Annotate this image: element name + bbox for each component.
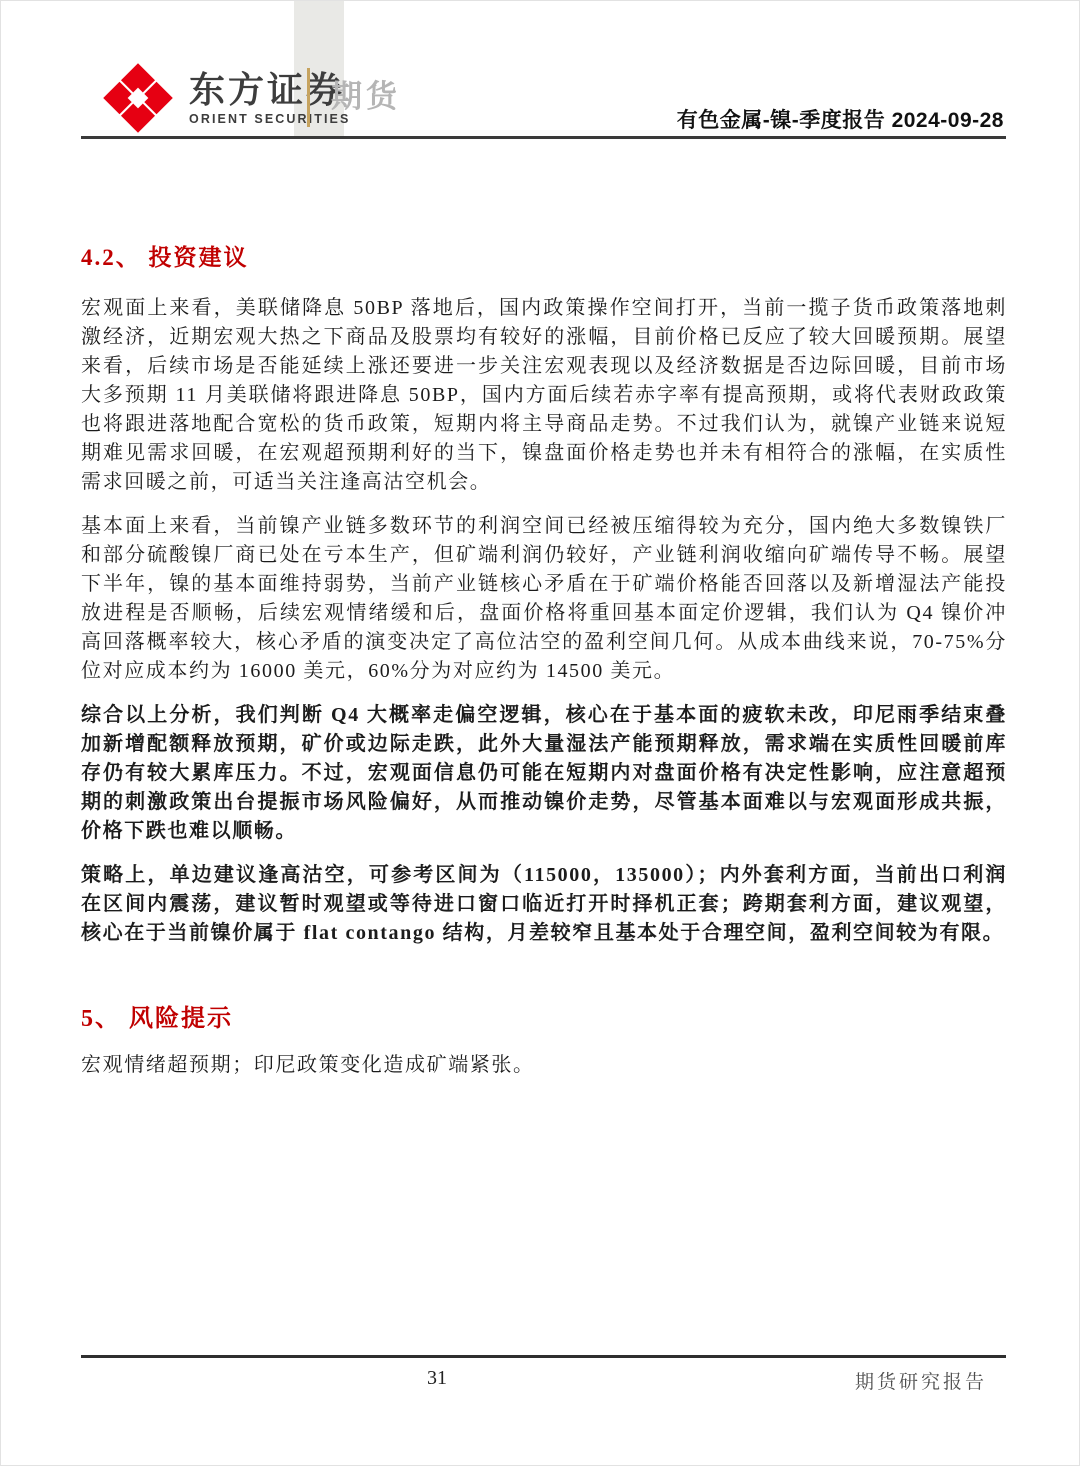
brand-name-en: ORIENT SECURITIES (189, 112, 350, 126)
header-rule (81, 136, 1006, 139)
footer-rule (81, 1355, 1006, 1358)
report-page: 东方证券 ORIENT SECURITIES 期货 有色金属-镍-季度报告 20… (0, 0, 1080, 1466)
division-label: 期货 (331, 71, 401, 116)
risk-text: 宏观情绪超预期；印尼政策变化造成矿端紧张。 (81, 1051, 1007, 1080)
brand-logo-text: 东方证券 ORIENT SECURITIES (189, 71, 350, 126)
report-body: 4.2、 投资建议 宏观面上来看，美联储降息 50BP 落地后，国内政策操作空间… (81, 239, 1007, 1095)
gold-divider (307, 68, 310, 127)
report-title: 有色金属-镍-季度报告 2024-09-28 (677, 104, 1004, 134)
footer-label: 期货研究报告 (855, 1367, 987, 1394)
investment-paragraph-3: 综合以上分析，我们判断 Q4 大概率走偏空逻辑，核心在于基本面的疲软未改，印尼雨… (81, 701, 1007, 846)
investment-paragraph-4: 策略上，单边建议逢高沽空，可参考区间为（115000，135000）；内外套利方… (81, 861, 1007, 948)
section-5-title: 5、 风险提示 (81, 998, 1007, 1033)
investment-paragraph-2: 基本面上来看，当前镍产业链多数环节的利润空间已经被压缩得较为充分，国内绝大多数镍… (81, 512, 1007, 686)
brand-name-cn: 东方证券 (189, 71, 350, 109)
brand-logo: 东方证券 ORIENT SECURITIES (101, 61, 350, 135)
investment-paragraph-1: 宏观面上来看，美联储降息 50BP 落地后，国内政策操作空间打开，当前一揽子货币… (81, 294, 1007, 497)
page-number: 31 (427, 1367, 447, 1390)
section-4-2-title: 4.2、 投资建议 (81, 239, 1007, 272)
orient-securities-diamond-icon (101, 61, 175, 135)
